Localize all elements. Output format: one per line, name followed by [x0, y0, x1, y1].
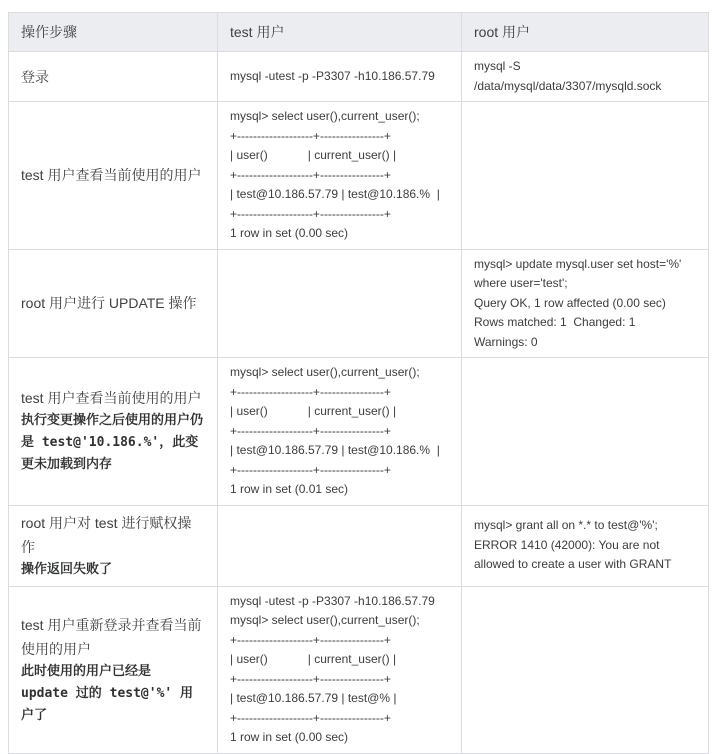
- test-user-cell: mysql -utest -p -P3307 -h10.186.57.79 my…: [218, 586, 462, 753]
- code-block: mysql> grant all on *.* to test@'%'; ERR…: [474, 516, 696, 575]
- step-cell: test 用户查看当前使用的用户 执行变更操作之后使用的用户仍是 test@'1…: [9, 358, 218, 506]
- table-body: 登录 mysql -utest -p -P3307 -h10.186.57.79…: [9, 52, 709, 754]
- code-block: mysql> update mysql.user set host='%' wh…: [474, 255, 696, 353]
- step-label: 登录: [21, 65, 205, 89]
- step-cell: root 用户进行 UPDATE 操作: [9, 249, 218, 358]
- root-user-cell: [462, 358, 709, 506]
- code-block: mysql -utest -p -P3307 -h10.186.57.79 my…: [230, 592, 449, 748]
- table-row-root-update: root 用户进行 UPDATE 操作 mysql> update mysql.…: [9, 249, 709, 358]
- step-cell: 登录: [9, 52, 218, 102]
- step-label: root 用户对 test 进行赋权操作: [21, 511, 205, 559]
- page: 操作步骤 test 用户 root 用户 登录 mysql -utest -p …: [0, 0, 716, 754]
- table-row-test-relogin: test 用户重新登录并查看当前使用的用户 此时使用的用户已经是 update …: [9, 586, 709, 753]
- code-block: mysql -S /data/mysql/data/3307/mysqld.so…: [474, 57, 696, 96]
- step-cell: root 用户对 test 进行赋权操作 操作返回失败了: [9, 505, 218, 586]
- test-user-cell: [218, 505, 462, 586]
- table-header: 操作步骤 test 用户 root 用户: [9, 13, 709, 52]
- test-user-cell: [218, 249, 462, 358]
- header-row: 操作步骤 test 用户 root 用户: [9, 13, 709, 52]
- header-operation-steps: 操作步骤: [9, 13, 218, 52]
- header-root-user: root 用户: [462, 13, 709, 52]
- step-note: 操作返回失败了: [21, 559, 205, 581]
- test-user-cell: mysql> select user(),current_user(); +--…: [218, 102, 462, 250]
- table-row-root-grant: root 用户对 test 进行赋权操作 操作返回失败了 mysql> gran…: [9, 505, 709, 586]
- table-row-login: 登录 mysql -utest -p -P3307 -h10.186.57.79…: [9, 52, 709, 102]
- step-label: root 用户进行 UPDATE 操作: [21, 291, 205, 315]
- step-label: test 用户查看当前使用的用户: [21, 386, 205, 410]
- step-cell: test 用户重新登录并查看当前使用的用户 此时使用的用户已经是 update …: [9, 586, 218, 753]
- test-user-cell: mysql> select user(),current_user(); +--…: [218, 358, 462, 506]
- code-block: mysql -utest -p -P3307 -h10.186.57.79: [230, 67, 449, 87]
- root-user-cell: [462, 586, 709, 753]
- root-user-cell: mysql> update mysql.user set host='%' wh…: [462, 249, 709, 358]
- code-block: mysql> select user(),current_user(); +--…: [230, 363, 449, 500]
- root-user-cell: mysql -S /data/mysql/data/3307/mysqld.so…: [462, 52, 709, 102]
- code-block: mysql> select user(),current_user(); +--…: [230, 107, 449, 244]
- root-user-cell: mysql> grant all on *.* to test@'%'; ERR…: [462, 505, 709, 586]
- step-label: test 用户重新登录并查看当前使用的用户: [21, 613, 205, 661]
- header-test-user: test 用户: [218, 13, 462, 52]
- step-cell: test 用户查看当前使用的用户: [9, 102, 218, 250]
- step-label: test 用户查看当前使用的用户: [21, 163, 205, 187]
- root-user-cell: [462, 102, 709, 250]
- mysql-operations-table: 操作步骤 test 用户 root 用户 登录 mysql -utest -p …: [8, 12, 709, 754]
- table-row-test-check-user: test 用户查看当前使用的用户 mysql> select user(),cu…: [9, 102, 709, 250]
- table-row-test-check-user-again: test 用户查看当前使用的用户 执行变更操作之后使用的用户仍是 test@'1…: [9, 358, 709, 506]
- test-user-cell: mysql -utest -p -P3307 -h10.186.57.79: [218, 52, 462, 102]
- step-note: 此时使用的用户已经是 update 过的 test@'%' 用户了: [21, 661, 205, 727]
- step-note: 执行变更操作之后使用的用户仍是 test@'10.186.%'，此变更未加载到内…: [21, 410, 205, 476]
